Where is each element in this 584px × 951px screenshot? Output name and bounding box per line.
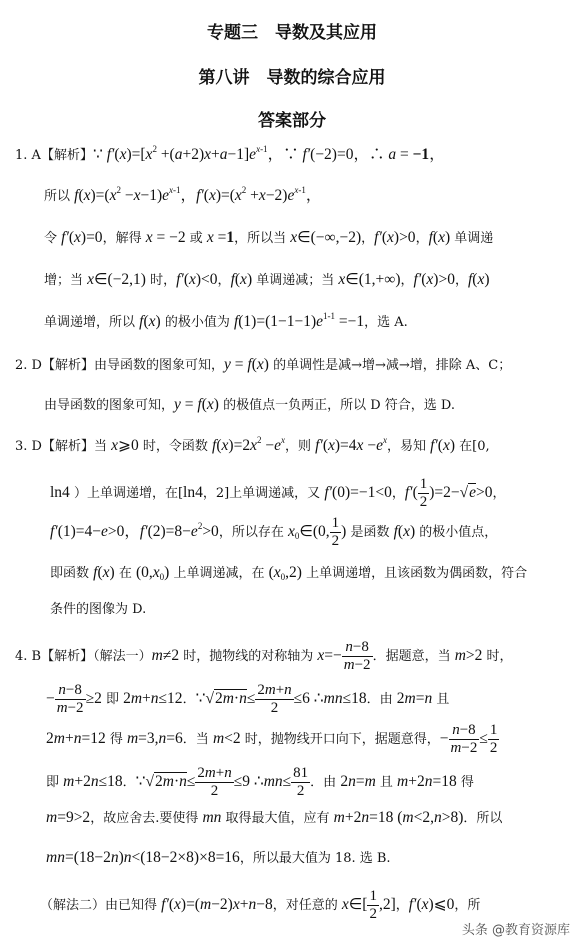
- answer-1-line-3: 令 f′(x)=0，解得 x = −2 或 x =1，所以当 x∈(−∞,−2)…: [44, 228, 493, 249]
- watermark: 头条 @教育资源库: [462, 919, 570, 938]
- answer-number: 4.: [15, 649, 27, 664]
- analysis-tag: 【解析】: [42, 439, 94, 454]
- analysis-tag: 【解析】: [41, 649, 93, 664]
- answer-choice: A: [32, 148, 41, 163]
- answer-4-line-7: （解法二）由已知得 f′(x)=(m−2)x+n−8，对任意的 x∈[12,2]…: [40, 888, 480, 923]
- answer-4-line-4: 即 m+2n≤18．∵√2m·n≤2m+n2≤9 ∴mn≤812．由 2n=m …: [46, 765, 474, 800]
- answer-2-line-2: 由导函数的图象可知，y = f(x) 的极值点一负两正，所以 D 符合，选 D.: [44, 395, 455, 416]
- answer-choice: D: [32, 358, 42, 373]
- answer-3-line-2: ln4 ）上单调递增，在[ln4，2]上单调递减，又 f′(0)=−1<0，f′…: [50, 476, 506, 511]
- analysis-tag: 【解析】: [42, 358, 94, 373]
- answer-3-line-5: 条件的图像为 D.: [50, 600, 146, 620]
- answer-number: 3.: [15, 439, 27, 454]
- analysis-tag: 【解析】: [41, 148, 93, 163]
- answer-choice: D: [32, 439, 42, 454]
- answer-4-line-2: −n−8m−2≥2 即 2m+n≤12．∵√2m·n≤2m+n2≤6 ∴mn≤1…: [46, 682, 449, 717]
- answer-1-line-1: 1. A【解析】∵ f′(x)=[x2 +(a+2)x+a−1]ex-1，∵ f…: [15, 145, 445, 166]
- answer-4-line-6: mn=(18−2n)n<(18−2×8)×8=16，所以最大值为 18. 选 B…: [46, 848, 391, 869]
- answer-4-line-5: m=9>2，故应舍去.要使得 mn 取得最大值，应有 m+2n=18 (m<2,…: [46, 808, 502, 829]
- answer-3-line-1: 3. D【解析】当 x⩾0 时，令函数 f(x)=2x2 −ex，则 f′(x)…: [15, 436, 490, 457]
- answer-4-line-1: 4. B【解析】（解法一）m≠2 时，抛物线的对称轴为 x=−n−8m−2．据题…: [15, 639, 513, 674]
- lecture-title: 第八讲 导数的综合应用: [0, 63, 584, 88]
- answer-choice: B: [32, 649, 42, 664]
- answer-2-line-1: 2. D【解析】由导函数的图象可知，y = f(x) 的单调性是减→增→减→增，…: [15, 355, 511, 376]
- section-title: 答案部分: [0, 106, 584, 131]
- answer-1-line-4: 增；当 x∈(−2,1) 时，f′(x)<0，f(x) 单调递减；当 x∈(1,…: [44, 270, 490, 291]
- topic-title: 专题三 导数及其应用: [0, 18, 584, 43]
- answer-1-line-2: 所以 f(x)=(x2 −x−1)ex-1，f′(x)=(x2 +x−2)ex-…: [44, 186, 321, 207]
- answer-1-line-5: 单调递增，所以 f(x) 的极小值为 f(1)=(1−1−1)e1-1 =−1，…: [44, 312, 408, 333]
- answer-number: 2.: [15, 358, 27, 373]
- answer-4-line-3: 2m+n=12 得 m=3,n=6．当 m<2 时，抛物线开口向下，据题意得，−…: [46, 722, 499, 757]
- answer-number: 1.: [15, 148, 27, 163]
- answer-3-line-3: f′(1)=4−e>0，f′(2)=8−e2>0，所以存在 x0∈(0,12) …: [50, 515, 497, 550]
- answer-3-line-4: 即函数 f(x) 在 (0,x0) 上单调递减，在 (x0,2) 上单调递增，且…: [50, 563, 527, 584]
